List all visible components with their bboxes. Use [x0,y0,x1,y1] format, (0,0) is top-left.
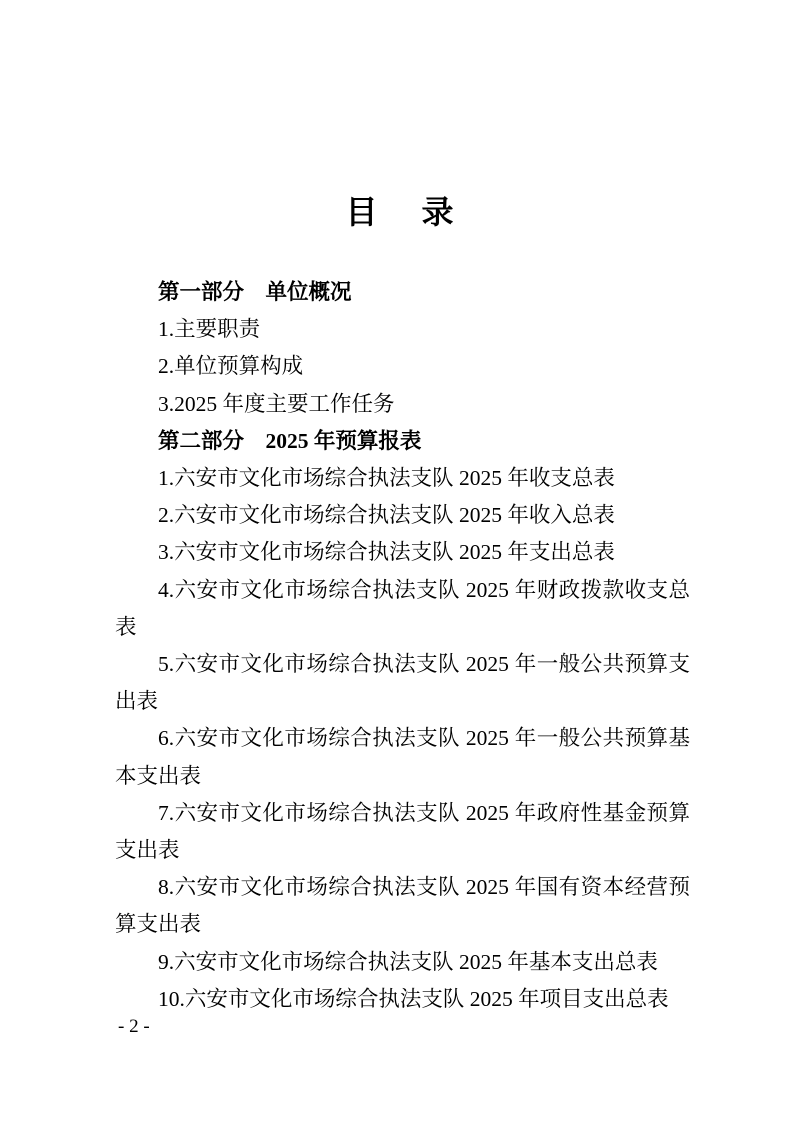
page-number: - 2 - [118,1016,150,1038]
document-page: 目 录 第一部分 单位概况 1.主要职责 2.单位预算构成 3.2025 年度主… [0,0,793,1122]
document-title: 目 录 [115,191,690,233]
toc-entry: 5.六安市文化市场综合执法支队 2025 年一般公共预算支出表 [115,646,690,720]
toc-entry: 10.六安市文化市场综合执法支队 2025 年项目支出总表 [115,981,690,1018]
toc-entry: 6.六安市文化市场综合执法支队 2025 年一般公共预算基本支出表 [115,720,690,794]
toc-entry: 2.单位预算构成 [115,348,690,385]
toc-entry: 1.六安市文化市场综合执法支队 2025 年收支总表 [115,460,690,497]
toc-content: 目 录 第一部分 单位概况 1.主要职责 2.单位预算构成 3.2025 年度主… [115,191,690,1018]
toc-entry: 1.主要职责 [115,311,690,348]
toc-entry: 2.六安市文化市场综合执法支队 2025 年收入总表 [115,497,690,534]
toc-entry: 3.2025 年度主要工作任务 [115,386,690,423]
toc-entry: 3.六安市文化市场综合执法支队 2025 年支出总表 [115,534,690,571]
section-heading-part2: 第二部分 2025 年预算报表 [115,423,690,460]
section-heading-part1: 第一部分 单位概况 [115,274,690,311]
toc-entry: 4.六安市文化市场综合执法支队 2025 年财政拨款收支总表 [115,572,690,646]
toc-entry: 7.六安市文化市场综合执法支队 2025 年政府性基金预算支出表 [115,795,690,869]
toc-entry: 8.六安市文化市场综合执法支队 2025 年国有资本经营预算支出表 [115,869,690,943]
toc-entry: 9.六安市文化市场综合执法支队 2025 年基本支出总表 [115,944,690,981]
